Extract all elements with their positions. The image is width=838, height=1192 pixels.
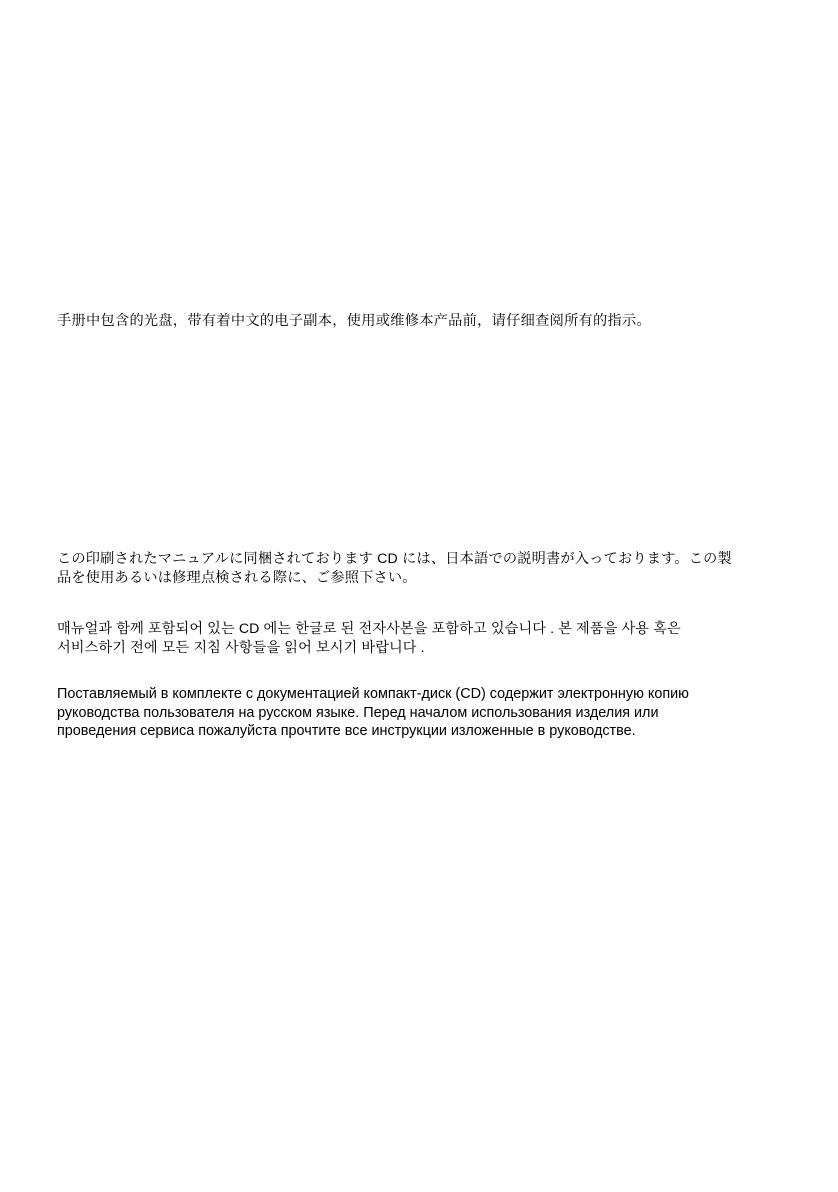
text-line: 手册中包含的光盘，带有着中文的电子副本，使用或维修本产品前，请仔细查阅所有的指示… (57, 312, 651, 331)
paragraph-russian: Поставляемый в комплекте с документацией… (57, 685, 689, 741)
text-line: この印刷されたマニュアルに同梱されております CD には、日本語での説明書が入っ… (57, 550, 732, 569)
paragraph-chinese: 手册中包含的光盘，带有着中文的电子副本，使用或维修本产品前，请仔细查阅所有的指示… (57, 312, 651, 331)
paragraph-japanese: この印刷されたマニュアルに同梱されております CD には、日本語での説明書が入っ… (57, 550, 732, 588)
text-line: руководства пользователя на русском язык… (57, 704, 689, 723)
paragraph-korean: 매뉴얼과 함께 포함되어 있는 CD 에는 한글로 된 전자사본을 포함하고 있… (57, 620, 681, 658)
text-line: Поставляемый в комплекте с документацией… (57, 685, 689, 704)
text-line: 서비스하기 전에 모든 지침 사항들을 읽어 보시기 바랍니다 . (57, 639, 681, 658)
text-line: проведения сервиса пожалуйста прочтите в… (57, 722, 689, 741)
text-line: 品を使用あるいは修理点検される際に、ご参照下さい。 (57, 569, 732, 588)
text-line: 매뉴얼과 함께 포함되어 있는 CD 에는 한글로 된 전자사본을 포함하고 있… (57, 620, 681, 639)
